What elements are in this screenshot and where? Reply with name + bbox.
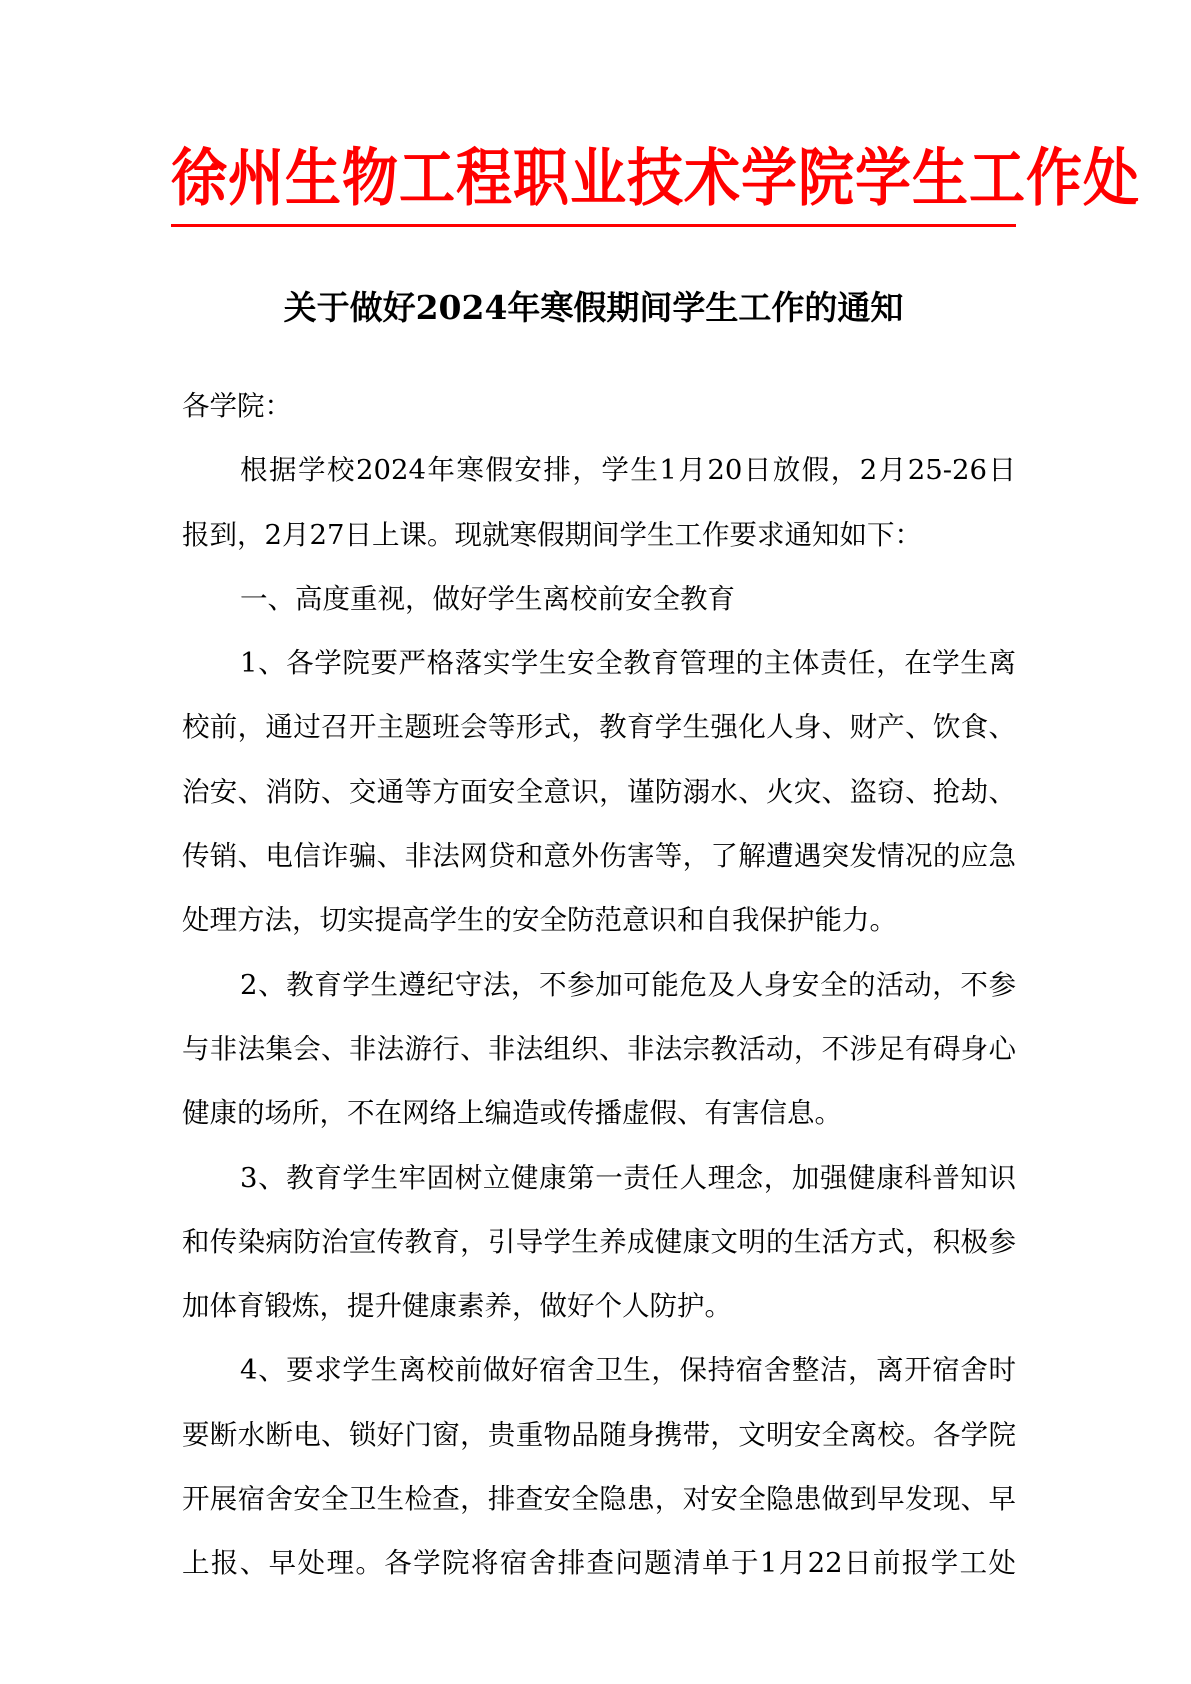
document-body: 各学院： 根据学校2024年寒假安排，学生1月20日放假，2月25-26日 报到… <box>182 374 1016 1596</box>
text-line: 治安、消防、交通等方面安全意识，谨防溺水、火灾、盗窃、抢劫、 <box>182 760 1016 824</box>
salutation: 各学院： <box>182 374 1016 438</box>
item-2: 2、教育学生遵纪守法，不参加可能危及人身安全的活动，不参 与非法集会、非法游行、… <box>182 953 1016 1146</box>
text-line: 加体育锻炼，提升健康素养，做好个人防护。 <box>182 1274 1016 1338</box>
text-line: 1、各学院要严格落实学生安全教育管理的主体责任，在学生离 <box>182 631 1016 695</box>
text-line: 2、教育学生遵纪守法，不参加可能危及人身安全的活动，不参 <box>182 953 1016 1017</box>
text-line: 与非法集会、非法游行、非法组织、非法宗教活动，不涉足有碍身心 <box>182 1017 1016 1081</box>
text-line: 和传染病防治宣传教育，引导学生养成健康文明的生活方式，积极参 <box>182 1210 1016 1274</box>
text-line: 开展宿舍安全卫生检查，排查安全隐患，对安全隐患做到早发现、早 <box>182 1467 1016 1531</box>
text-line: 处理方法，切实提高学生的安全防范意识和自我保护能力。 <box>182 888 1016 952</box>
text-line: 一、高度重视，做好学生离校前安全教育 <box>182 567 1016 631</box>
text-line: 3、教育学生牢固树立健康第一责任人理念，加强健康科普知识 <box>182 1146 1016 1210</box>
item-4: 4、要求学生离校前做好宿舍卫生，保持宿舍整洁，离开宿舍时 要断水断电、锁好门窗，… <box>182 1338 1016 1595</box>
text-line: 健康的场所，不在网络上编造或传播虚假、有害信息。 <box>182 1081 1016 1145</box>
item-1: 1、各学院要严格落实学生安全教育管理的主体责任，在学生离 校前，通过召开主题班会… <box>182 631 1016 952</box>
item-3: 3、教育学生牢固树立健康第一责任人理念，加强健康科普知识 和传染病防治宣传教育，… <box>182 1146 1016 1339</box>
text-line: 校前，通过召开主题班会等形式，教育学生强化人身、财产、饮食、 <box>182 695 1016 759</box>
text-line: 上报、早处理。各学院将宿舍排查问题清单于1月22日前报学工处 <box>182 1531 1016 1595</box>
section-heading-1: 一、高度重视，做好学生离校前安全教育 <box>182 567 1016 631</box>
text-line: 根据学校2024年寒假安排，学生1月20日放假，2月25-26日 <box>182 438 1016 502</box>
text-line: 报到，2月27日上课。现就寒假期间学生工作要求通知如下： <box>182 503 1016 567</box>
letterhead-red-rule <box>171 224 1016 227</box>
text-line: 4、要求学生离校前做好宿舍卫生，保持宿舍整洁，离开宿舍时 <box>182 1338 1016 1402</box>
intro-paragraph: 根据学校2024年寒假安排，学生1月20日放假，2月25-26日 报到，2月27… <box>182 438 1016 567</box>
letterhead-organization: 徐州生物工程职业技术学院学生工作处 <box>171 138 1016 219</box>
document-title: 关于做好2024年寒假期间学生工作的通知 <box>171 284 1016 332</box>
text-line: 传销、电信诈骗、非法网贷和意外伤害等，了解遭遇突发情况的应急 <box>182 824 1016 888</box>
text-line: 要断水断电、锁好门窗，贵重物品随身携带，文明安全离校。各学院 <box>182 1403 1016 1467</box>
document-page: 徐州生物工程职业技术学院学生工作处 关于做好2024年寒假期间学生工作的通知 各… <box>0 0 1191 1684</box>
